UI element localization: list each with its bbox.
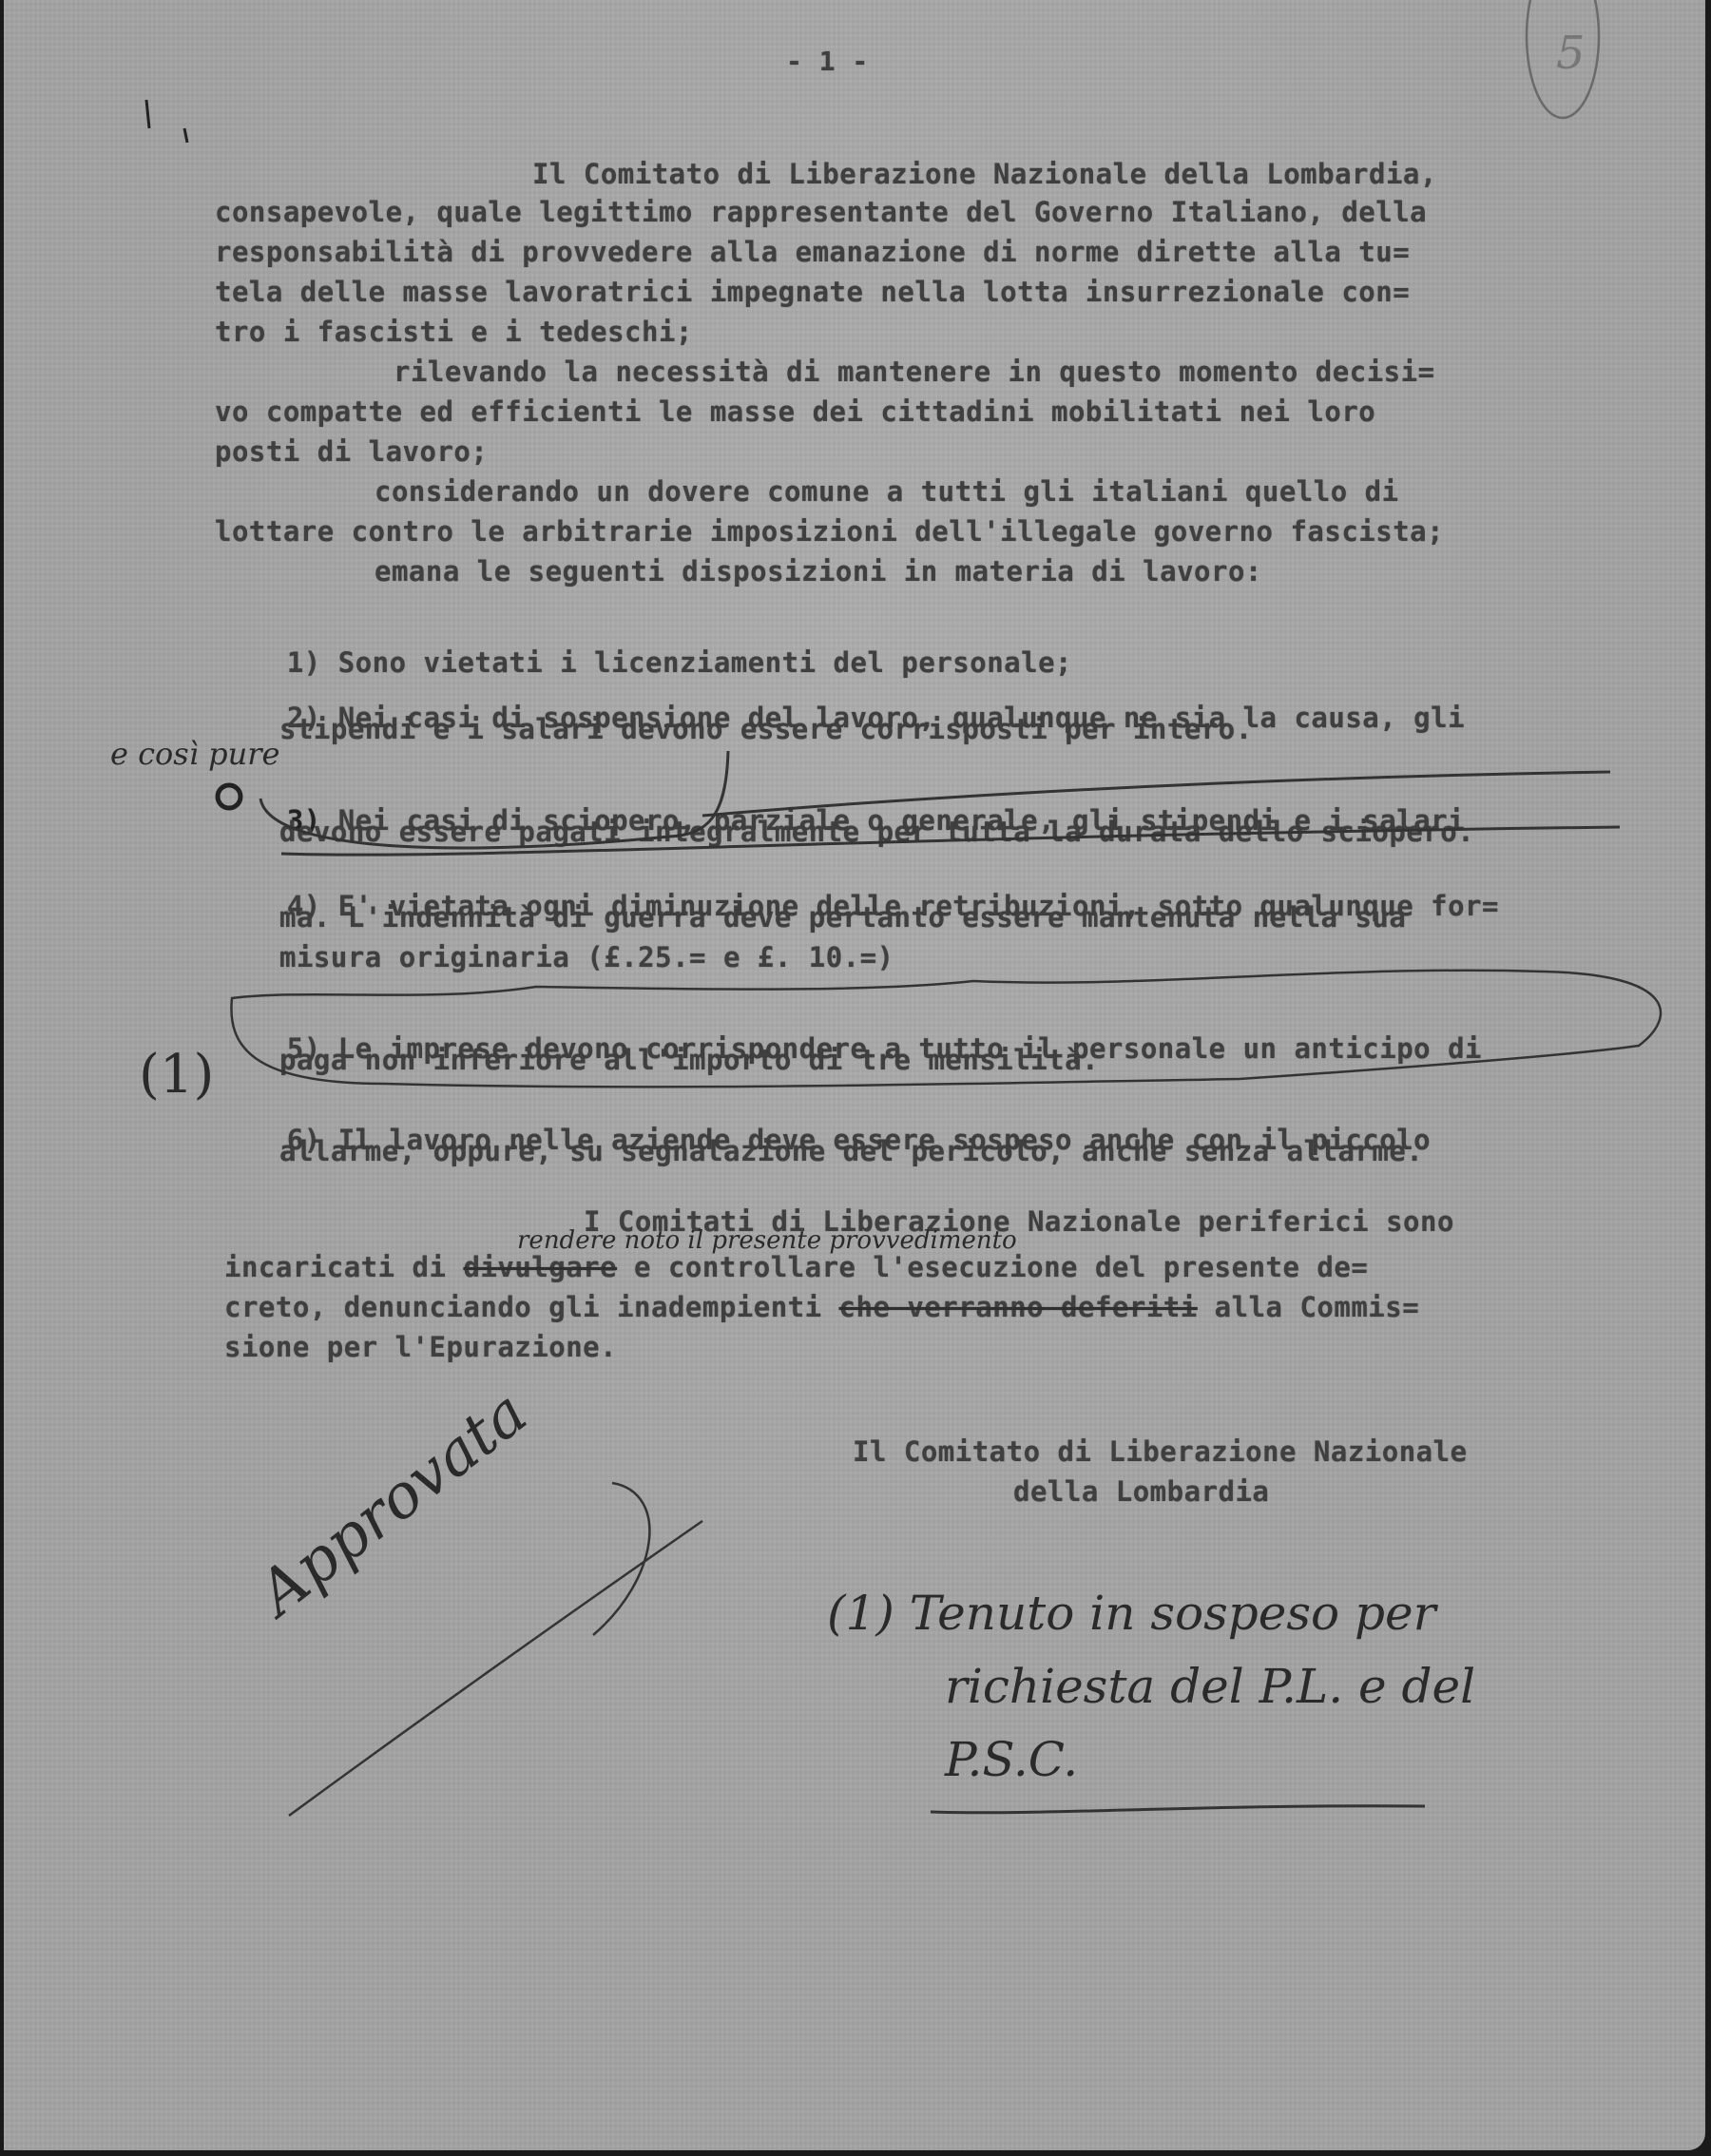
archive-mark: 5	[1556, 27, 1586, 80]
provision-3-cont: devono essere pagati integralmente per t…	[279, 818, 1474, 846]
preamble-line: tela delle masse lavoratrici impegnate n…	[215, 278, 1410, 306]
closing-text: incaricati di	[224, 1251, 463, 1283]
handwritten-footnote-line: (1) Tenuto in sospeso per	[827, 1586, 1436, 1641]
provision-number: 1)	[287, 646, 321, 679]
signature-line-2: della Lombardia	[1013, 1477, 1269, 1506]
preamble-line: posti di lavoro;	[215, 437, 488, 466]
provision-6-cont: allarme, oppure, su segnalazione del per…	[279, 1137, 1423, 1165]
preamble-line: responsabilità di provvedere alla emanaz…	[215, 238, 1410, 266]
preamble-line: considerando un dovere comune a tutti gl…	[375, 477, 1399, 506]
closing-text: alla Commis=	[1198, 1291, 1419, 1323]
signature-line-1: Il Comitato di Liberazione Nazionale	[853, 1437, 1468, 1466]
provision-4-cont: misura originaria (£.25.= e £. 10.=)	[279, 943, 894, 972]
struck-text: divulgare	[463, 1251, 617, 1283]
preamble-line: Il Comitato di Liberazione Nazionale del…	[532, 160, 1437, 188]
closing-text: creto, denunciando gli inadempienti	[224, 1291, 839, 1323]
document-page: - 1 - 5 Il Comitato di Liberazione Nazio…	[4, 0, 1705, 2150]
handwritten-approval: Approvata	[245, 1377, 540, 1629]
provision-text: Sono vietati i licenziamenti del persona…	[338, 646, 1072, 679]
preamble-line: emana le seguenti disposizioni in materi…	[375, 557, 1262, 586]
preamble-line: tro i fascisti e i tedeschi;	[215, 318, 693, 346]
provision-4-cont: ma. L'indennità di guerra deve pertanto …	[279, 903, 1406, 932]
margin-note-cosi-pure: e così pure	[110, 736, 279, 772]
handwritten-footnote-line: P.S.C.	[945, 1732, 1078, 1787]
preamble-line: rilevando la necessità di mantenere in q…	[394, 357, 1435, 386]
preamble-line: consapevole, quale legittimo rappresenta…	[215, 198, 1427, 226]
closing-line-2: incaricati di divulgare e controllare l'…	[224, 1253, 1368, 1281]
provision-2-cont: stipendi e i salari devono essere corris…	[279, 715, 1253, 743]
provision-5-cont: paga non inferiore all'importo di tre me…	[279, 1046, 1099, 1074]
closing-line-3: creto, denunciando gli inadempienti che …	[224, 1293, 1419, 1321]
struck-text: che verranno deferiti	[839, 1291, 1198, 1323]
margin-note-footnote-ref: (1)	[139, 1044, 214, 1106]
preamble-line: vo compatte ed efficienti le masse dei c…	[215, 397, 1375, 426]
handwritten-footnote-line: richiesta del P.L. e del	[945, 1659, 1475, 1714]
preamble-line: lottare contro le arbitrarie imposizioni…	[215, 517, 1444, 546]
closing-text: e controllare l'esecuzione del presente …	[617, 1251, 1368, 1283]
closing-line-4: sione per l'Epurazione.	[224, 1333, 617, 1361]
page-number: - 1 -	[786, 48, 869, 76]
